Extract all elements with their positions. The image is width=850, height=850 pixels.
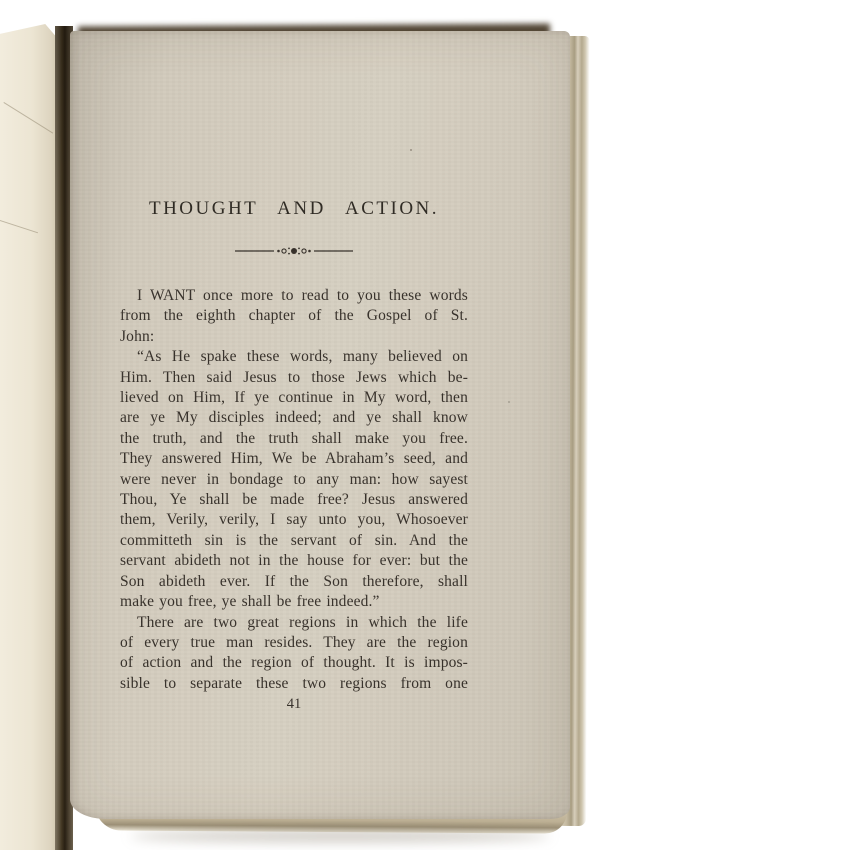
main-page: THOUGHT AND ACTION.: [70, 31, 570, 819]
text-line: I WANT once more to read to you these wo…: [120, 286, 468, 306]
text-line: them, Verily, verily, I say unto you, Wh…: [120, 510, 468, 530]
paragraph: “As He spake these words, many believed …: [120, 347, 468, 612]
text-line: from the eighth chapter of the Gospel of…: [120, 306, 468, 326]
facing-page: [0, 24, 58, 850]
text-line: are ye My disciples indeed; and ye shall…: [120, 408, 468, 428]
page-number: 41: [120, 696, 468, 713]
text-line: Thou, Ye shall be made free? Jesus answe…: [120, 490, 468, 510]
book-bottom-shadow: [130, 830, 550, 842]
book-photo: THOUGHT AND ACTION.: [0, 0, 850, 850]
paper-speck: [508, 401, 510, 403]
body-text: I WANT once more to read to you these wo…: [120, 286, 468, 694]
page-crease: [3, 102, 53, 134]
text-line: Him. Then said Jesus to those Jews which…: [120, 368, 468, 388]
dotted-rule-ornament-icon: [120, 244, 468, 258]
text-line: the truth, and the truth shall make you …: [120, 429, 468, 449]
page-content: THOUGHT AND ACTION.: [120, 31, 468, 713]
text-line: sible to separate these two regions from…: [120, 674, 468, 694]
paragraph: I WANT once more to read to you these wo…: [120, 286, 468, 347]
text-line: servant abideth not in the house for eve…: [120, 551, 468, 571]
text-line: were never in bondage to any man: how sa…: [120, 470, 468, 490]
text-line: They answered Him, We be Abraham’s seed,…: [120, 449, 468, 469]
text-line: lieved on Him, If ye continue in My word…: [120, 388, 468, 408]
text-line: of every true man resides. They are the …: [120, 633, 468, 653]
page-crease: [0, 220, 38, 233]
text-line: Son abideth ever. If the Son therefore, …: [120, 572, 468, 592]
page-title: THOUGHT AND ACTION.: [120, 198, 468, 220]
text-line: There are two great regions in which the…: [120, 613, 468, 633]
paragraph: There are two great regions in which the…: [120, 613, 468, 695]
text-line: John:: [120, 327, 468, 347]
text-line: make you free, ye shall be free indeed.”: [120, 592, 468, 612]
text-line: “As He spake these words, many believed …: [120, 347, 468, 367]
text-line: committeth sin is the servant of sin. An…: [120, 531, 468, 551]
text-line: of action and the region of thought. It …: [120, 653, 468, 673]
